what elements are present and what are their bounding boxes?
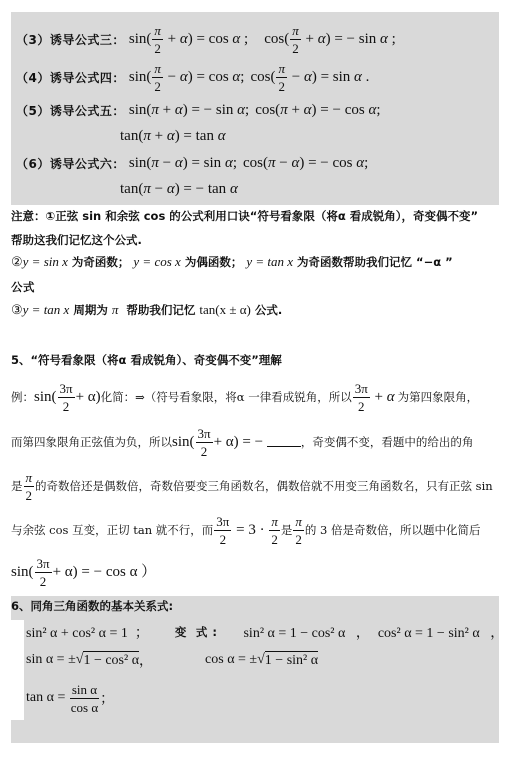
formula-3-expr-1: sin(π2 + α) = cos α ; [129,24,248,55]
formula-6-row: （6）诱导公式六： sin(π − α) = sin α; cos(π − α)… [16,153,368,173]
formula-5-expr-1: sin(π + α) = − sin α; [129,102,249,119]
white-inset-panel [11,620,24,720]
section-6-heading: 6、同角三角函数的基本关系式: [11,598,173,614]
formula-6-label: （6）诱导公式六： [16,155,125,172]
formula-6-expr-3: tan(π − α) = − tan α [120,181,238,198]
section-5-heading: 5、“符号看象限（将α 看成锐角）、奇变偶不变”理解 [11,352,282,368]
formula-4-expr-1: sin(π2 − α) = cos α; [129,62,245,93]
formula-4-label: （4）诱导公式四： [16,69,125,86]
formula-5-label: （5）诱导公式五： [16,102,125,119]
note-line-3: ② y = sin x 为奇函数； y = cos x 为偶函数； y = ta… [11,254,453,270]
note-line-4: 公式 [11,279,35,295]
note-line-5: ③ y = tan x 周期为 π 帮助我们记忆 tan(x ± α) 公式. [11,302,282,318]
formula-4-row: （4）诱导公式四： sin(π2 − α) = cos α; cos(π2 − … [16,58,369,96]
formula-6-expr-2: cos(π − α) = − cos α; [243,155,368,172]
formula-3-row: （3）诱导公式三： sin(π2 + α) = cos α ; cos(π2 +… [16,20,396,58]
formula-4-expr-2: cos(π2 − α) = sin α . [250,62,369,93]
example-line-3: 是 π2 的奇数倍还是偶数倍，奇数倍要变三角函数名，偶数倍就不用变三角函数名，只… [11,467,493,505]
answer-blank [267,446,301,447]
example-result: sin(3π2+ α) = − cos α ） [11,553,156,591]
formula-5-expr-3: tan(π + α) = tan α [120,128,226,145]
example-line-4: 与余弦 cos 互变，正切 tan 就不行，而 3π2 = 3 · π2 是 π… [11,511,481,549]
example-line-1: 例： sin(3π2+ α) 化简：⇒（符号看象限，将α 一律看成锐角，所以 3… [11,378,478,416]
note-line-1: 注意：①正弦 sin 和余弦 cos 的公式利用口诀“符号看象限（将α 看成锐角… [11,208,478,224]
formula-3-label: （3）诱导公式三： [16,31,125,48]
note-line-2: 帮助这我们记忆这个公式. [11,232,142,248]
relation-row-1: sin² α + cos² α = 1 ； 变 式 : sin² α = 1 −… [26,622,504,642]
formula-5-row: （5）诱导公式五： sin(π + α) = − sin α; cos(π + … [16,100,381,120]
relation-row-2: sin α = ±√1 − cos² α ， cos α = ±√1 − sin… [26,650,318,670]
formula-6-expr-1: sin(π − α) = sin α; [129,155,237,172]
formula-3-expr-2: cos(π2 + α) = − sin α ; [264,24,396,55]
example-line-2: 而第四象限角正弦值为负，所以 sin(3π2+ α) = − ，奇变偶不变，看题… [11,423,473,461]
relation-row-3: tan α = sin αcos α ； [26,678,114,718]
formula-5-expr-2: cos(π + α) = − cos α; [255,102,380,119]
